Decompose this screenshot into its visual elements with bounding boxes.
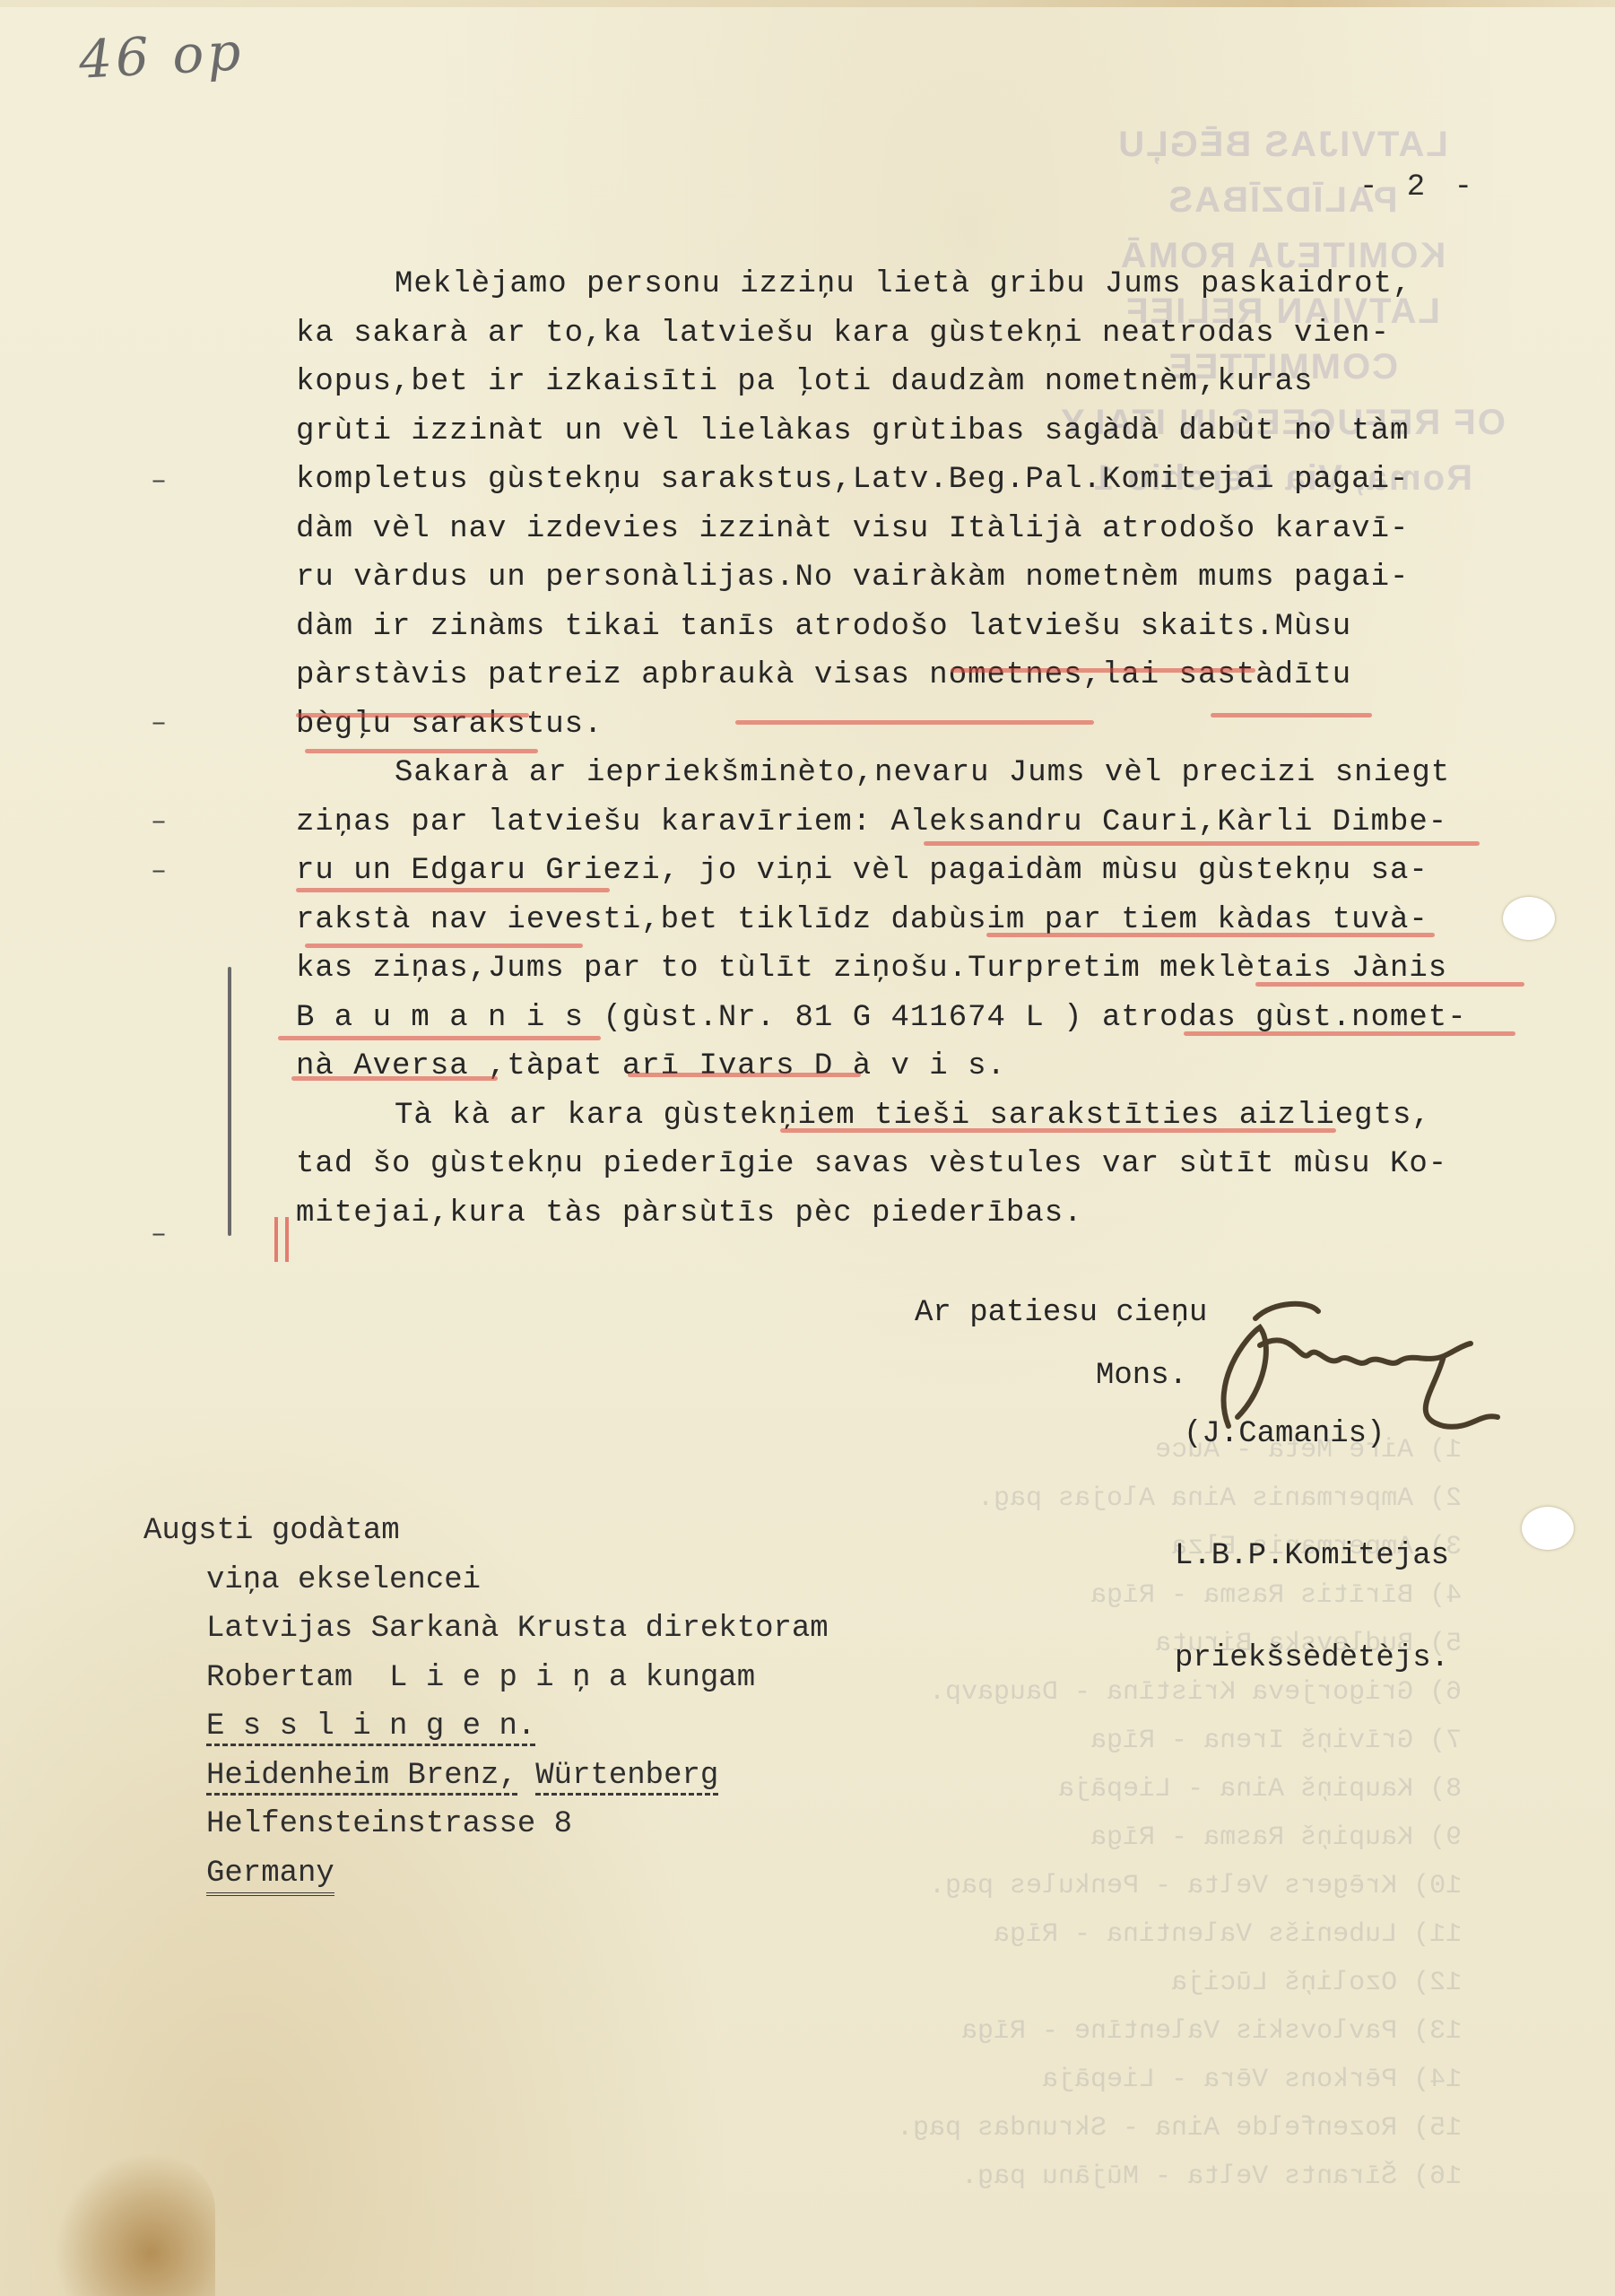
water-stain <box>54 2152 215 2296</box>
paragraph-3: Tà kà ar kara gùstekņiem tieši sarakstīt… <box>296 1091 1515 1239</box>
text-line: dàm vèl nav izdevies izzinàt visu Itàlij… <box>296 505 1515 554</box>
red-underline <box>278 1036 601 1040</box>
paragraph-1: Meklèjamo personu izziņu lietà gribu Jum… <box>296 260 1515 749</box>
margin-dash-mark: – <box>151 857 167 887</box>
address-country: Germany <box>206 1857 334 1896</box>
red-underline <box>951 668 1255 673</box>
red-underline <box>1211 713 1372 717</box>
bleed-line: 9) Kaupiņš Rasma - Rīga <box>897 1813 1462 1862</box>
red-underline <box>296 888 610 892</box>
position-line: priekšsèdètèjs. <box>1175 1641 1449 1675</box>
address-town: Heidenheim Brenz, <box>206 1759 517 1796</box>
address-line: Latvijas Sarkanà Krusta direktoram <box>143 1605 829 1654</box>
text-line: nà Aversa ,tàpat arī Ivars D à v i s. <box>296 1042 1515 1091</box>
bleed-line: 15) Rozenfelde Aina - Skrundas pag. <box>897 2104 1462 2152</box>
red-underline <box>296 713 529 717</box>
red-underline <box>780 1128 1336 1133</box>
signer-position: L.B.P.Komitejas priekšsèdètèjs. <box>1175 1471 1449 1744</box>
document-page: 46 op LATVIJAS BĒGĻU PALĪDZĪBAS KOMITEJA… <box>0 0 1615 2296</box>
pencil-margin-bar <box>228 967 231 1236</box>
margin-dash-mark: – <box>151 466 167 497</box>
red-underline <box>735 720 1094 725</box>
red-underline <box>305 749 538 753</box>
text-line: mitejai,kura tàs pàrsùtīs pèc piederības… <box>296 1189 1515 1239</box>
bleed-line: 16) Šīrants Velta - Mūjānu pag. <box>897 2152 1462 2201</box>
bleed-line: 13) Pavlovskis Valentīne - Rīga <box>897 2007 1462 2056</box>
bleed-line: 10) Krēgers Velta - Penkules pag. <box>897 1862 1462 1910</box>
bleed-line: 12) Ozoliņš Lūcija <box>897 1959 1462 2007</box>
text-line: pàrstàvis patreiz apbraukà visas nometne… <box>296 651 1515 700</box>
address-street: Helfensteinstrasse 8 <box>143 1800 829 1849</box>
address-city: E s s l i n g e n. <box>206 1709 535 1746</box>
red-underline <box>1255 982 1524 987</box>
position-line: L.B.P.Komitejas <box>1175 1539 1449 1573</box>
red-underline <box>305 944 583 948</box>
text-line: ru vàrdus un personàlijas.No vairàkàm no… <box>296 553 1515 603</box>
text-line: kopus,bet ir izkaisīti pa ļoti daudzàm n… <box>296 358 1515 407</box>
address-line: viņa ekselencei <box>143 1556 829 1605</box>
red-margin-mark <box>285 1217 289 1262</box>
bleed-line: 8) Kaupiņš Aina - Liepāja <box>897 1765 1462 1813</box>
punch-hole <box>1522 1507 1574 1550</box>
signed-name: (J.Camanis) <box>1184 1417 1385 1451</box>
page-number: - 2 - <box>1359 170 1478 204</box>
handwritten-signature <box>1175 1291 1506 1435</box>
paper-top-edge <box>0 0 1615 7</box>
text-line: Sakarà ar iepriekšminèto,nevaru Jums vèl… <box>296 749 1515 798</box>
margin-dash-mark: – <box>151 709 167 739</box>
address-greeting: Augsti godàtam <box>143 1507 829 1556</box>
text-line: dàm ir zinàms tikai tanīs atrodošo latvi… <box>296 603 1515 652</box>
text-line: kompletus gùstekņu sarakstus,Latv.Beg.Pa… <box>296 456 1515 505</box>
red-underline <box>986 933 1435 937</box>
red-underline <box>1184 1031 1515 1036</box>
red-margin-mark <box>274 1217 278 1262</box>
margin-dash-mark: – <box>151 807 167 838</box>
margin-dash-mark: – <box>151 1220 167 1250</box>
recipient-address: Augsti godàtam viņa ekselencei Latvijas … <box>143 1507 829 1898</box>
red-underline <box>291 1076 498 1081</box>
address-region: Würtenberg <box>535 1759 718 1796</box>
red-underline <box>924 841 1480 846</box>
text-line: Meklèjamo personu izziņu lietà gribu Jum… <box>296 260 1515 309</box>
closing-salutation: Ar patiesu cieņu <box>915 1296 1207 1330</box>
red-underline <box>628 1073 861 1077</box>
text-line: ka sakarà ar to,ka latviešu kara gùstekņ… <box>296 309 1515 359</box>
address-line: Robertam L i e p i ņ a kungam <box>143 1654 829 1703</box>
text-line: tad šo gùstekņu piederīgie savas vèstule… <box>296 1140 1515 1189</box>
text-line: grùti izzinàt un vèl lielàkas grùtibas s… <box>296 407 1515 457</box>
bleed-line: 14) Pērkons Vēra - Liepāja <box>897 2056 1462 2104</box>
handwritten-archive-number: 46 op <box>77 21 246 91</box>
bleed-line: 11) Lubenišs Valentina - Rīga <box>897 1910 1462 1959</box>
text-line: ziņas par latviešu karavīriem: Aleksandr… <box>296 798 1515 848</box>
title-prefix: Mons. <box>1096 1359 1187 1393</box>
